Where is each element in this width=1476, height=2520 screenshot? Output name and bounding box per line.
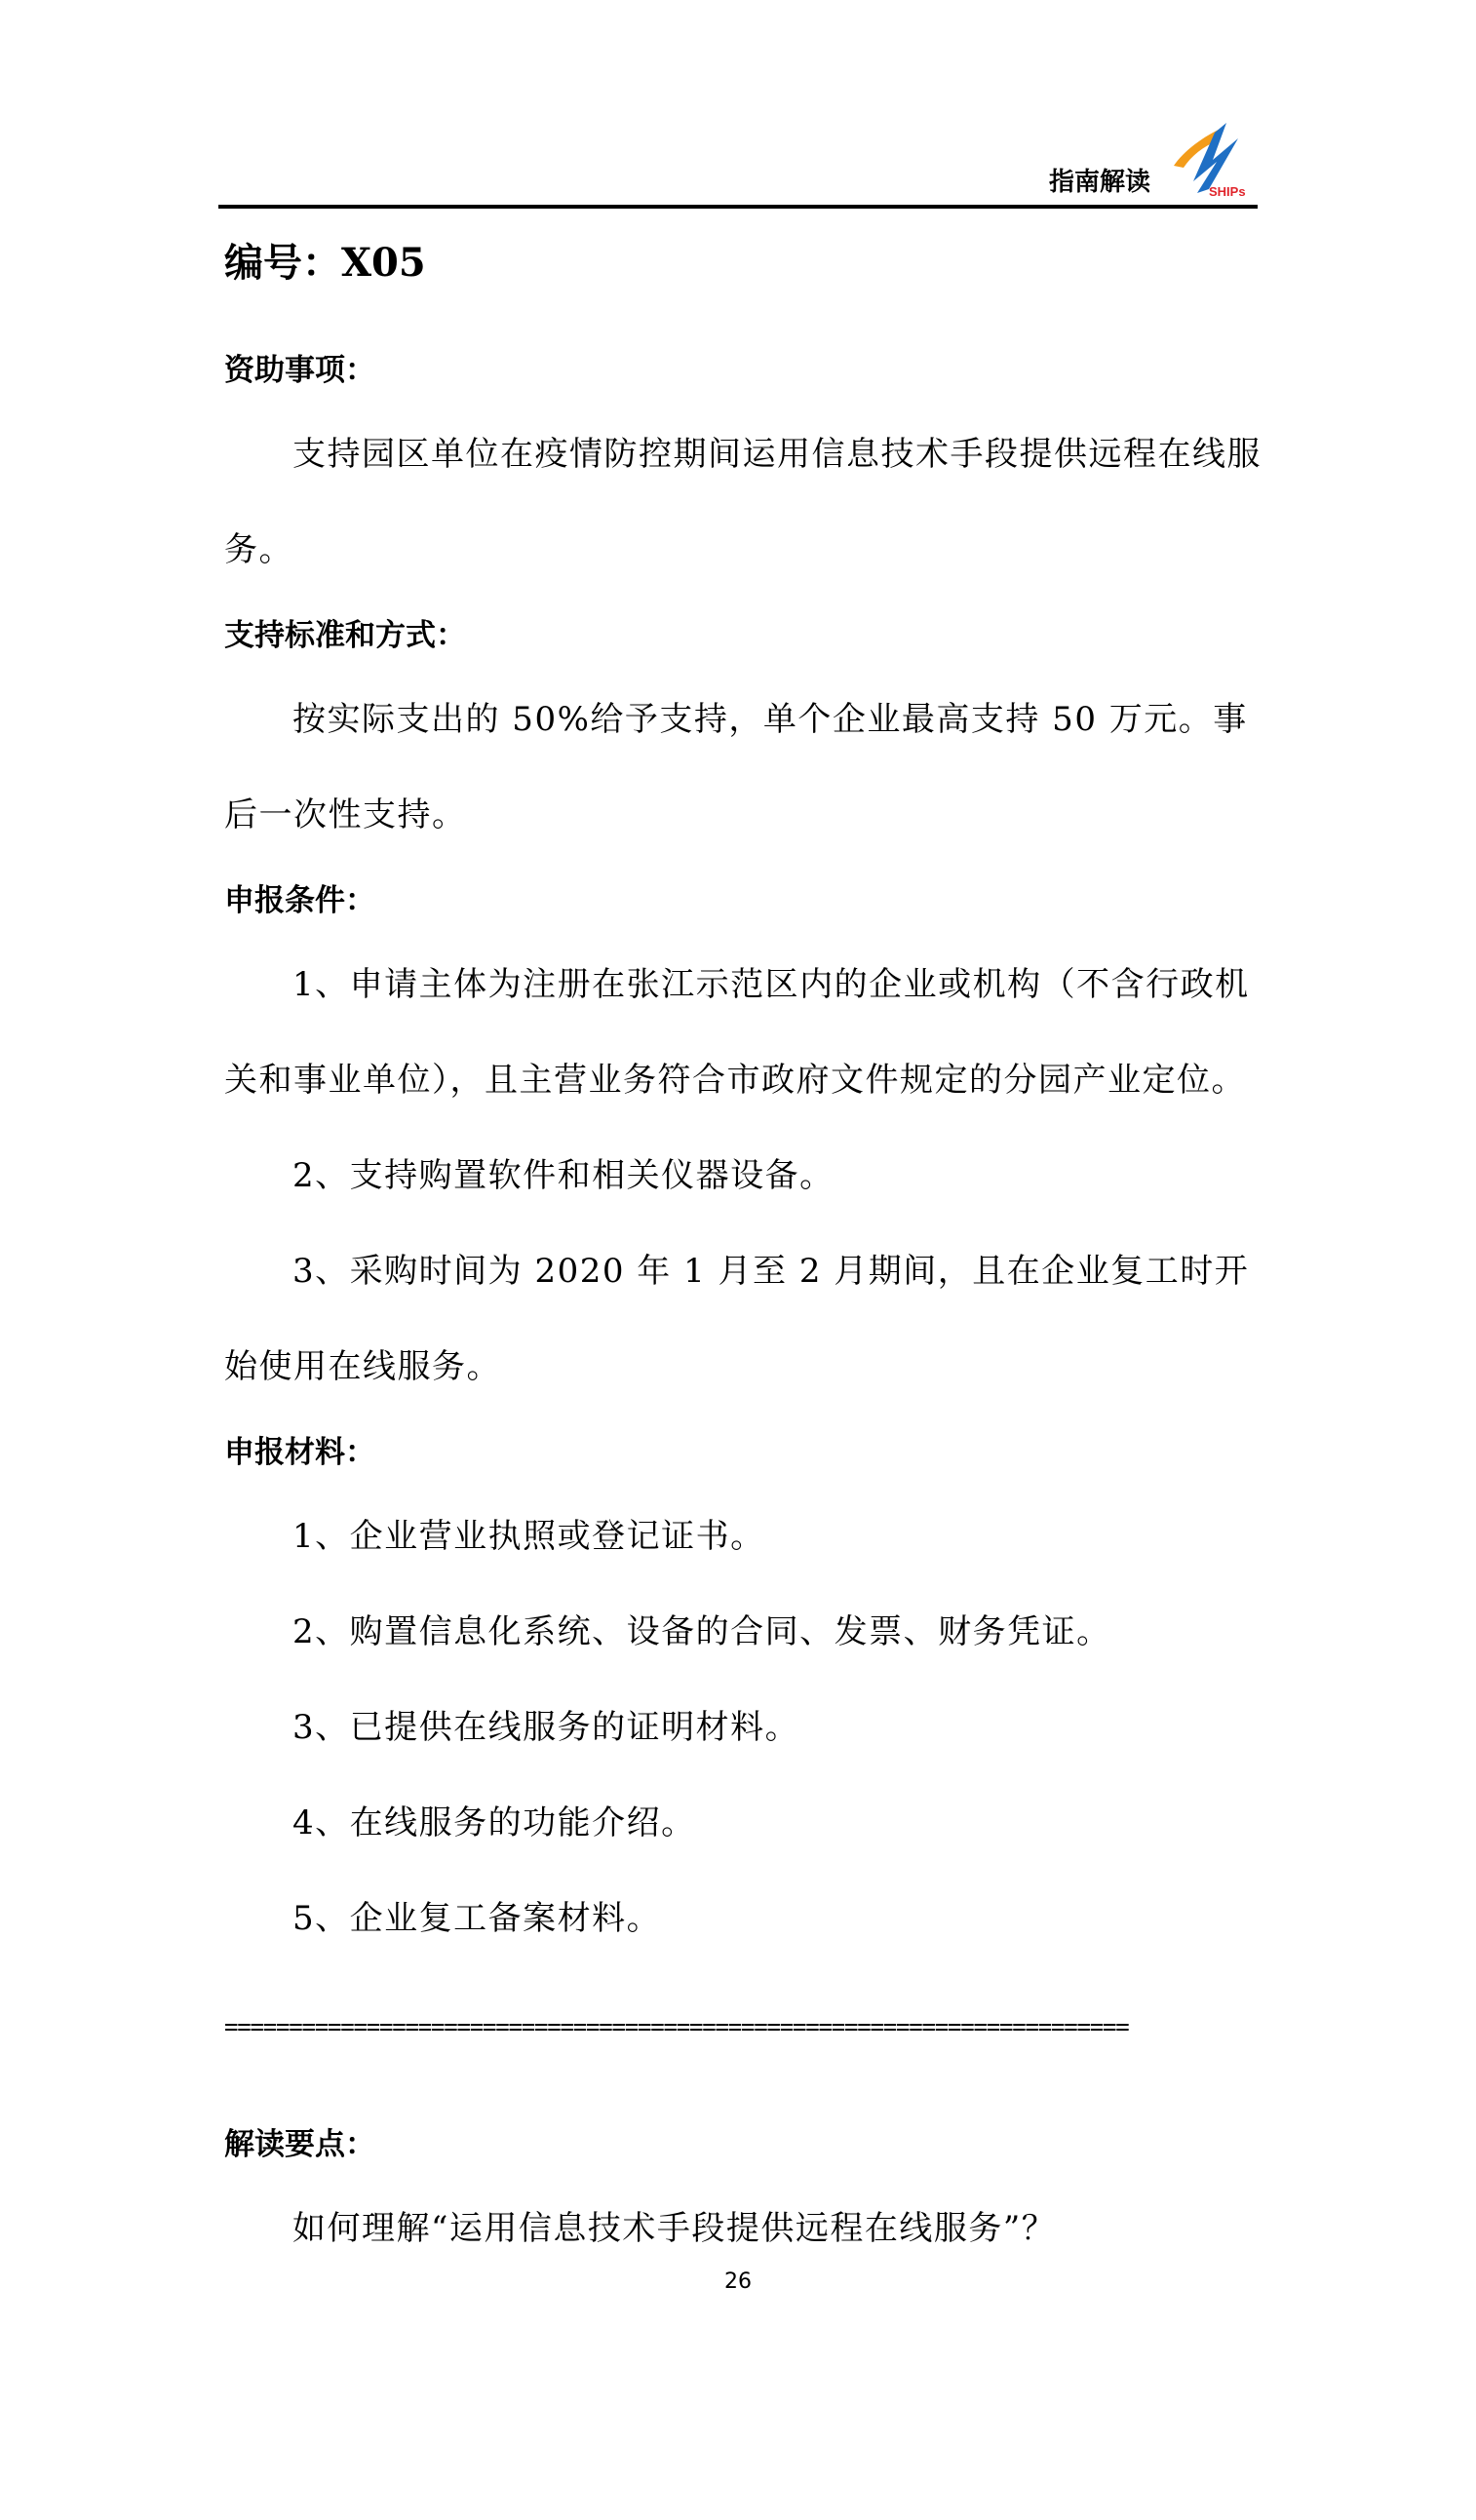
header-divider [218, 205, 1258, 209]
section-heading: 申报材料： [224, 1438, 1267, 1481]
header-title: 指南解读 [1049, 170, 1150, 195]
paragraph: 支持园区单位在疫情防控期间运用信息技术手段提供远程在线服务。 [224, 407, 1267, 598]
section-separator: ========================================… [224, 2015, 1243, 2044]
section-heading: 支持标准和方式： [224, 621, 1267, 664]
list-item: 1、申请主体为注册在张江示范区内的企业或机构（不含行政机关和事业单位），且主营业… [224, 937, 1267, 1128]
paragraph: 如何理解“运用信息技术手段提供远程在线服务”？ [224, 2181, 1267, 2276]
list-item: 3、采购时间为 2020 年 1 月至 2 月期间，且在企业复工时开始使用在线服… [224, 1223, 1267, 1415]
list-item: 3、已提供在线服务的证明材料。 [224, 1680, 1267, 1775]
list-item: 2、购置信息化系统、设备的合同、发票、财务凭证。 [224, 1584, 1267, 1680]
section-funding-item: 资助事项： 支持园区单位在疫情防控期间运用信息技术手段提供远程在线服务。 [224, 356, 1267, 598]
page-number: 26 [0, 2271, 1476, 2293]
document-body: 编号：X05 资助事项： 支持园区单位在疫情防控期间运用信息技术手段提供远程在线… [224, 244, 1267, 2300]
section-support-standard: 支持标准和方式： 按实际支出的 50%给予支持，单个企业最高支持 50 万元。事… [224, 621, 1267, 863]
section-application-materials: 申报材料： 1、企业营业执照或登记证书。 2、购置信息化系统、设备的合同、发票、… [224, 1438, 1267, 1966]
list-item: 1、企业营业执照或登记证书。 [224, 1489, 1267, 1584]
list-item: 4、在线服务的功能介绍。 [224, 1775, 1267, 1871]
list-item: 5、企业复工备案材料。 [224, 1871, 1267, 1966]
logo-text: SHIPs [1209, 185, 1246, 198]
section-interpretation: 解读要点： 如何理解“运用信息技术手段提供远程在线服务”？ [224, 2130, 1267, 2276]
section-application-conditions: 申报条件： 1、申请主体为注册在张江示范区内的企业或机构（不含行政机关和事业单位… [224, 886, 1267, 1415]
list-item: 2、支持购置软件和相关仪器设备。 [224, 1128, 1267, 1223]
document-id: 编号：X05 [224, 244, 1267, 302]
document-page: 指南解读 SHIPs 编号：X05 资助事项： 支持园区单位在疫情防控期间运用信… [0, 0, 1476, 2520]
section-heading: 申报条件： [224, 886, 1267, 929]
page-header: 指南解读 SHIPs [218, 117, 1258, 211]
ships-logo-icon: SHIPs [1154, 117, 1258, 205]
paragraph: 按实际支出的 50%给予支持，单个企业最高支持 50 万元。事后一次性支持。 [224, 672, 1267, 863]
section-heading: 解读要点： [224, 2130, 1267, 2173]
section-heading: 资助事项： [224, 356, 1267, 399]
